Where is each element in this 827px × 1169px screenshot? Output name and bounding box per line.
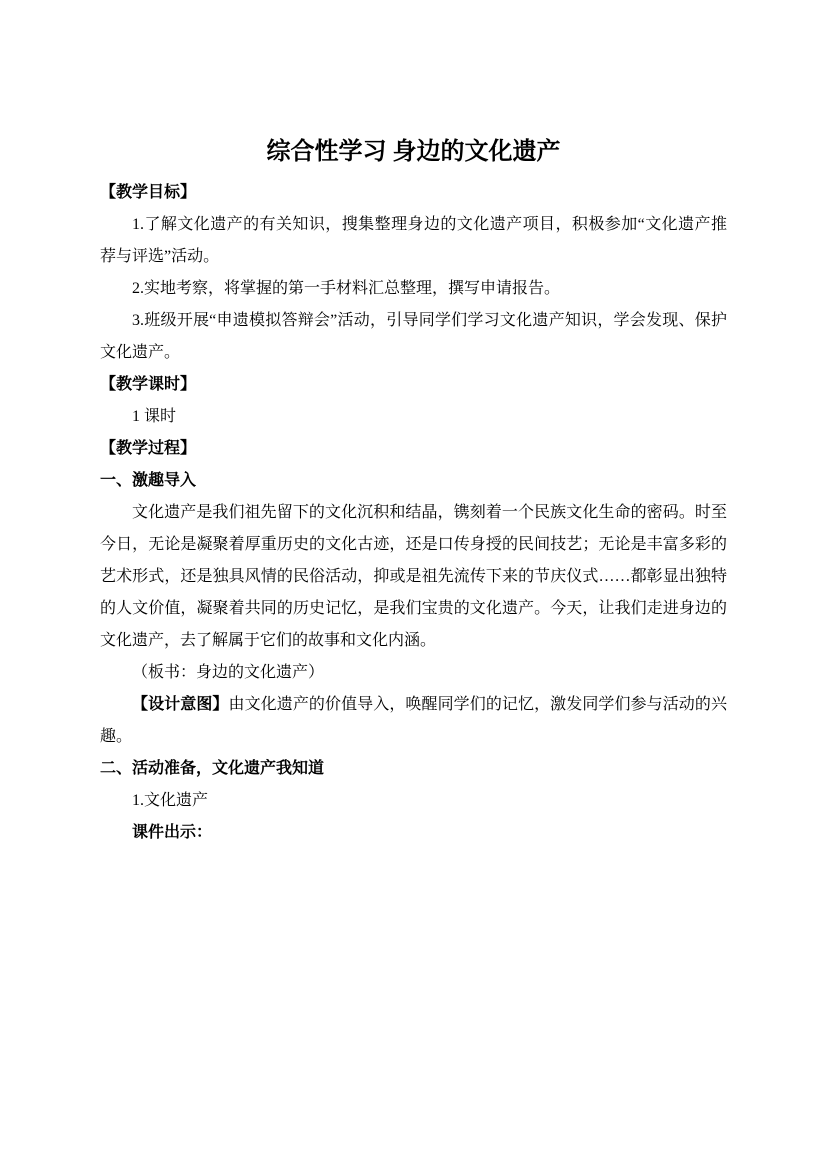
design-intent-paragraph: 【设计意图】由文化遗产的价值导入，唤醒同学们的记忆，激发同学们参与活动的兴趣。	[100, 689, 727, 753]
objective-item-2: 2.实地考察，将掌握的第一手材料汇总整理，撰写申请报告。	[100, 273, 727, 305]
section-heading-teaching-objectives: 【教学目标】	[100, 177, 727, 209]
subsection-heading-lead-in: 一、激趣导入	[100, 465, 727, 497]
section-heading-class-hours: 【教学课时】	[100, 369, 727, 401]
objective-item-3: 3.班级开展“申遗模拟答辩会”活动，引导同学们学习文化遗产知识，学会发现、保护文…	[100, 305, 727, 369]
lead-in-paragraph: 文化遗产是我们祖先留下的文化沉积和结晶，镌刻着一个民族文化生命的密码。时至今日，…	[100, 497, 727, 657]
subsection-heading-activity-preparation: 二、活动准备，文化遗产我知道	[100, 753, 727, 785]
document-content: 综合性学习 身边的文化遗产 【教学目标】 1.了解文化遗产的有关知识，搜集整理身…	[100, 137, 727, 849]
section-heading-teaching-process: 【教学过程】	[100, 433, 727, 465]
class-hours-text: 1 课时	[100, 401, 727, 433]
list-item-cultural-heritage: 1.文化遗产	[100, 785, 727, 817]
courseware-display-label: 课件出示：	[100, 817, 727, 849]
objective-item-1: 1.了解文化遗产的有关知识，搜集整理身边的文化遗产项目，积极参加“文化遗产推荐与…	[100, 209, 727, 273]
design-intent-label: 【设计意图】	[132, 696, 229, 713]
document-title: 综合性学习 身边的文化遗产	[100, 137, 727, 167]
board-writing-note: （板书：身边的文化遗产）	[100, 657, 727, 689]
document-page: 综合性学习 身边的文化遗产 【教学目标】 1.了解文化遗产的有关知识，搜集整理身…	[0, 0, 827, 1169]
